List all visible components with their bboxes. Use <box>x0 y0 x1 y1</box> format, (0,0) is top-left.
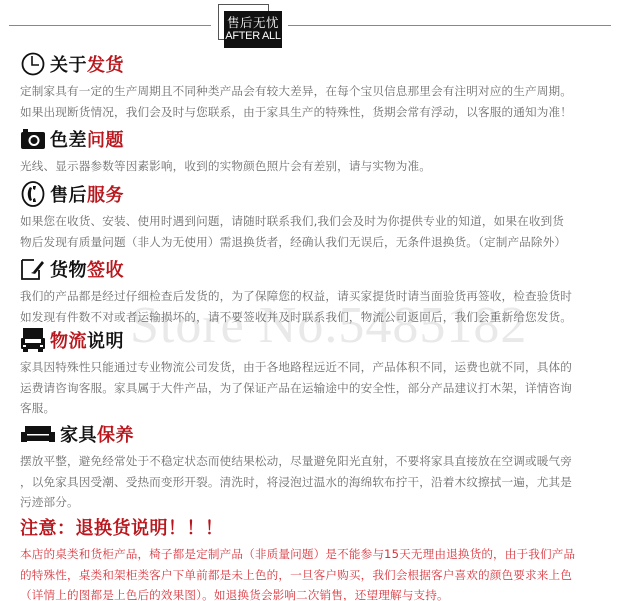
section-title: 物流说明 <box>20 327 610 353</box>
header-badge: 售后无忧 AFTER ALL <box>224 11 282 48</box>
body-line: （详情上的图都是上色后的效果图）。如退换货会影响二次销售，还望理解与支持。 <box>20 585 610 601</box>
header-divider-right <box>288 25 611 26</box>
title-red: 问题 <box>87 126 124 152</box>
body-line: 定制家具有一定的生产周期且不同种类产品会有较大差异，在每个宝贝信息那里会有注明对… <box>20 81 610 102</box>
section-color-difference: 色差问题 光线、显示器参数等因素影响，收到的实物颜色照片会有差别，请与实物为准。 <box>20 126 610 177</box>
title-red: 发货 <box>87 51 124 77</box>
body-line: 客服。 <box>20 398 610 419</box>
section-after-sales-service: 售后服务 如果您在收货、安装、使用时遇到问题，请随时联系我们,我们会及时为你提供… <box>20 181 610 252</box>
title-black: 色差 <box>50 126 87 152</box>
body-line: 家具因特殊性只能通过专业物流公司发货，由于各地路程远近不同，产品体积不同，运费也… <box>20 357 610 378</box>
title-black: 售后 <box>50 181 87 207</box>
title-black: 货物 <box>50 256 87 282</box>
header-badge-cn: 售后无忧 <box>224 11 282 30</box>
body-line: ，以免家具因受潮、受热而变形开裂。清洗时，将浸泡过温水的海绵软布拧干，沿着木纹擦… <box>20 472 610 493</box>
body-line: 我们的产品都是经过仔细检查后发货的，为了保障您的权益，请买家提货时请当面验货再签… <box>20 286 610 307</box>
phone-icon <box>20 181 46 207</box>
title-black: 说明 <box>87 327 124 353</box>
title-red: 保养 <box>97 421 134 447</box>
section-logistics: 物流说明 家具因特殊性只能通过专业物流公司发货，由于各地路程远近不同，产品体积不… <box>20 327 610 419</box>
section-furniture-care: 家具保养 摆放平整，避免经常处于不稳定状态而使结果松动，尽量避免阳光直射，不要将… <box>20 421 610 513</box>
body-line: 物后发现有质量问题（非人为无使用）需退换货者，经确认我们无误后，无条件退换货。（… <box>20 232 610 253</box>
title-black: 关于 <box>50 51 87 77</box>
document-sign-icon <box>20 256 46 282</box>
header-divider-left <box>9 25 211 26</box>
title-black: 家具 <box>60 421 97 447</box>
section-title: 货物签收 <box>20 256 610 282</box>
section-body: 我们的产品都是经过仔细检查后发货的，为了保障您的权益，请买家提货时请当面验货再签… <box>20 286 610 327</box>
header-badge-en: AFTER ALL <box>224 30 282 43</box>
section-body: 本店的桌类和货柜产品，椅子都是定制产品（非质量问题）是不能参与15天无理由退换货… <box>20 544 610 601</box>
section-title: 家具保养 <box>20 421 610 447</box>
body-line: 如果您在收货、安装、使用时遇到问题，请随时联系我们,我们会及时为你提供专业的知道… <box>20 211 610 232</box>
section-title: 关于发货 <box>20 51 610 77</box>
section-title: 色差问题 <box>20 126 610 152</box>
clock-icon <box>20 51 46 77</box>
section-body: 家具因特殊性只能通过专业物流公司发货，由于各地路程远近不同，产品体积不同，运费也… <box>20 357 610 419</box>
truck-icon <box>20 327 46 353</box>
body-line: 污迹部分。 <box>20 492 610 513</box>
body-line: 本店的桌类和货柜产品，椅子都是定制产品（非质量问题）是不能参与15天无理由退换货… <box>20 544 610 565</box>
body-line: 光线、显示器参数等因素影响，收到的实物颜色照片会有差别，请与实物为准。 <box>20 156 610 177</box>
section-body: 摆放平整，避免经常处于不稳定状态而使结果松动，尽量避免阳光直射，不要将家具直接放… <box>20 451 610 513</box>
section-body: 定制家具有一定的生产周期且不同种类产品会有较大差异，在每个宝贝信息那里会有注明对… <box>20 81 610 122</box>
body-line: 如发现有件数不对或者运输损坏的，请不要签收并及时联系我们，物流公司返回后，我们会… <box>20 307 610 328</box>
body-line: 如果出现断货情况，我们会及时与您联系，由于家具生产的特殊性，货期会常有浮动，以客… <box>20 102 610 123</box>
title-red: 物流 <box>50 327 87 353</box>
section-return-notice: 注意：退换货说明！！！ 本店的桌类和货柜产品，椅子都是定制产品（非质量问题）是不… <box>20 514 610 601</box>
body-line: 摆放平整，避免经常处于不稳定状态而使结果松动，尽量避免阳光直射，不要将家具直接放… <box>20 451 610 472</box>
section-body: 光线、显示器参数等因素影响，收到的实物颜色照片会有差别，请与实物为准。 <box>20 156 610 177</box>
title-red: 签收 <box>87 256 124 282</box>
title-red: 服务 <box>87 181 124 207</box>
section-shipping: 关于发货 定制家具有一定的生产周期且不同种类产品会有较大差异，在每个宝贝信息那里… <box>20 51 610 122</box>
body-line: 的特殊性，桌类和架柜类客户下单前都是未上色的，一旦客户购买，我们会根据客户喜欢的… <box>20 565 610 586</box>
sofa-icon <box>20 421 56 447</box>
section-goods-receipt: 货物签收 我们的产品都是经过仔细检查后发货的，为了保障您的权益，请买家提货时请当… <box>20 256 610 327</box>
section-title: 注意：退换货说明！！！ <box>20 514 610 540</box>
camera-icon <box>20 126 46 152</box>
notice-title: 注意：退换货说明！！！ <box>20 514 224 540</box>
after-sales-header: 售后无忧 AFTER ALL <box>0 0 620 50</box>
body-line: 运费请咨询客服。家具属于大件产品，为了保证产品在运输途中的安全性，部分产品建议打… <box>20 378 610 399</box>
section-title: 售后服务 <box>20 181 610 207</box>
section-body: 如果您在收货、安装、使用时遇到问题，请随时联系我们,我们会及时为你提供专业的知道… <box>20 211 610 252</box>
